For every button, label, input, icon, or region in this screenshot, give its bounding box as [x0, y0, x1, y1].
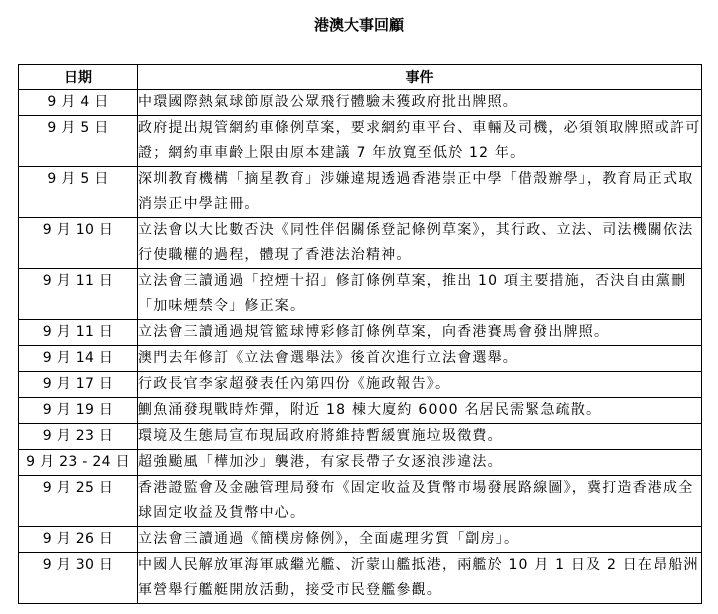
row-date: 9 月 5 日: [19, 116, 138, 167]
table-row: 9 月 23 - 24 日 超強颱風「樺加沙」襲港，有家長帶子女逐浪涉違法。: [19, 450, 702, 476]
row-date: 9 月 25 日: [19, 476, 138, 527]
row-date: 9 月 14 日: [19, 346, 138, 372]
row-date: 9 月 23 日: [19, 424, 138, 450]
row-date: 9 月 4 日: [19, 90, 138, 116]
row-event: 深圳教育機構「摘星教育」涉嫌違規透過香港崇正中學「借殼辦學」，教育局正式取消崇正…: [138, 167, 702, 218]
table-row: 9 月 17 日 行政長官李家超發表任內第四份《施政報告》。: [19, 372, 702, 398]
row-date: 9 月 10 日: [19, 218, 138, 269]
row-event: 香港證監會及金融管理局發布《固定收益及貨幣市場發展路線圖》，冀打造香港成全球固定…: [138, 476, 702, 527]
table-row: 9 月 14 日 澳門去年修訂《立法會選舉法》後首次進行立法會選舉。: [19, 346, 702, 372]
events-table: 日期 事件 9 月 4 日 中環國際熱氣球節原設公眾飛行體驗未獲政府批出牌照。 …: [18, 64, 702, 604]
row-date: 9 月 11 日: [19, 269, 138, 320]
row-event: 環境及生態局宣布現屆政府將維持暫緩實施垃圾徵費。: [138, 424, 702, 450]
table-row: 9 月 26 日 立法會三讀通過《簡樸房條例》，全面處理劣質「劏房」。: [19, 527, 702, 553]
row-date: 9 月 5 日: [19, 167, 138, 218]
table-row: 9 月 5 日 深圳教育機構「摘星教育」涉嫌違規透過香港崇正中學「借殼辦學」，教…: [19, 167, 702, 218]
row-date: 9 月 23 - 24 日: [19, 450, 138, 476]
row-event: 立法會三讀通過《簡樸房條例》，全面處理劣質「劏房」。: [138, 527, 702, 553]
page-title: 港澳大事回顧: [0, 14, 718, 35]
row-date: 9 月 30 日: [19, 553, 138, 604]
table-header-row: 日期 事件: [19, 65, 702, 90]
table-row: 9 月 11 日 立法會三讀通過規管籃球博彩修訂條例草案，向香港賽馬會發出牌照。: [19, 320, 702, 346]
table-row: 9 月 11 日 立法會三讀通過「控煙十招」修訂條例草案，推出 10 項主要措施…: [19, 269, 702, 320]
header-date: 日期: [19, 65, 138, 90]
row-date: 9 月 17 日: [19, 372, 138, 398]
table-row: 9 月 4 日 中環國際熱氣球節原設公眾飛行體驗未獲政府批出牌照。: [19, 90, 702, 116]
row-event: 中環國際熱氣球節原設公眾飛行體驗未獲政府批出牌照。: [138, 90, 702, 116]
table-row: 9 月 19 日 鰂魚涌發現戰時炸彈，附近 18 棟大廈約 6000 名居民需緊…: [19, 398, 702, 424]
row-event: 中國人民解放軍海軍戚繼光艦、沂蒙山艦抵港，兩艦於 10 月 1 日及 2 日在昂…: [138, 553, 702, 604]
row-event: 立法會三讀通過規管籃球博彩修訂條例草案，向香港賽馬會發出牌照。: [138, 320, 702, 346]
row-event: 政府提出規管網約車條例草案，要求網約車平台、車輛及司機，必須領取牌照或許可證；網…: [138, 116, 702, 167]
row-date: 9 月 11 日: [19, 320, 138, 346]
table-row: 9 月 30 日 中國人民解放軍海軍戚繼光艦、沂蒙山艦抵港，兩艦於 10 月 1…: [19, 553, 702, 604]
header-event: 事件: [138, 65, 702, 90]
table-row: 9 月 10 日 立法會以大比數否決《同性伴侶關係登記條例草案》，其行政、立法、…: [19, 218, 702, 269]
row-date: 9 月 19 日: [19, 398, 138, 424]
row-event: 鰂魚涌發現戰時炸彈，附近 18 棟大廈約 6000 名居民需緊急疏散。: [138, 398, 702, 424]
row-date: 9 月 26 日: [19, 527, 138, 553]
row-event: 行政長官李家超發表任內第四份《施政報告》。: [138, 372, 702, 398]
row-event: 立法會以大比數否決《同性伴侶關係登記條例草案》，其行政、立法、司法機關依法行使職…: [138, 218, 702, 269]
table-row: 9 月 25 日 香港證監會及金融管理局發布《固定收益及貨幣市場發展路線圖》，冀…: [19, 476, 702, 527]
table-row: 9 月 23 日 環境及生態局宣布現屆政府將維持暫緩實施垃圾徵費。: [19, 424, 702, 450]
row-event: 超強颱風「樺加沙」襲港，有家長帶子女逐浪涉違法。: [138, 450, 702, 476]
row-event: 立法會三讀通過「控煙十招」修訂條例草案，推出 10 項主要措施，否決自由黨刪「加…: [138, 269, 702, 320]
table-row: 9 月 5 日 政府提出規管網約車條例草案，要求網約車平台、車輛及司機，必須領取…: [19, 116, 702, 167]
row-event: 澳門去年修訂《立法會選舉法》後首次進行立法會選舉。: [138, 346, 702, 372]
